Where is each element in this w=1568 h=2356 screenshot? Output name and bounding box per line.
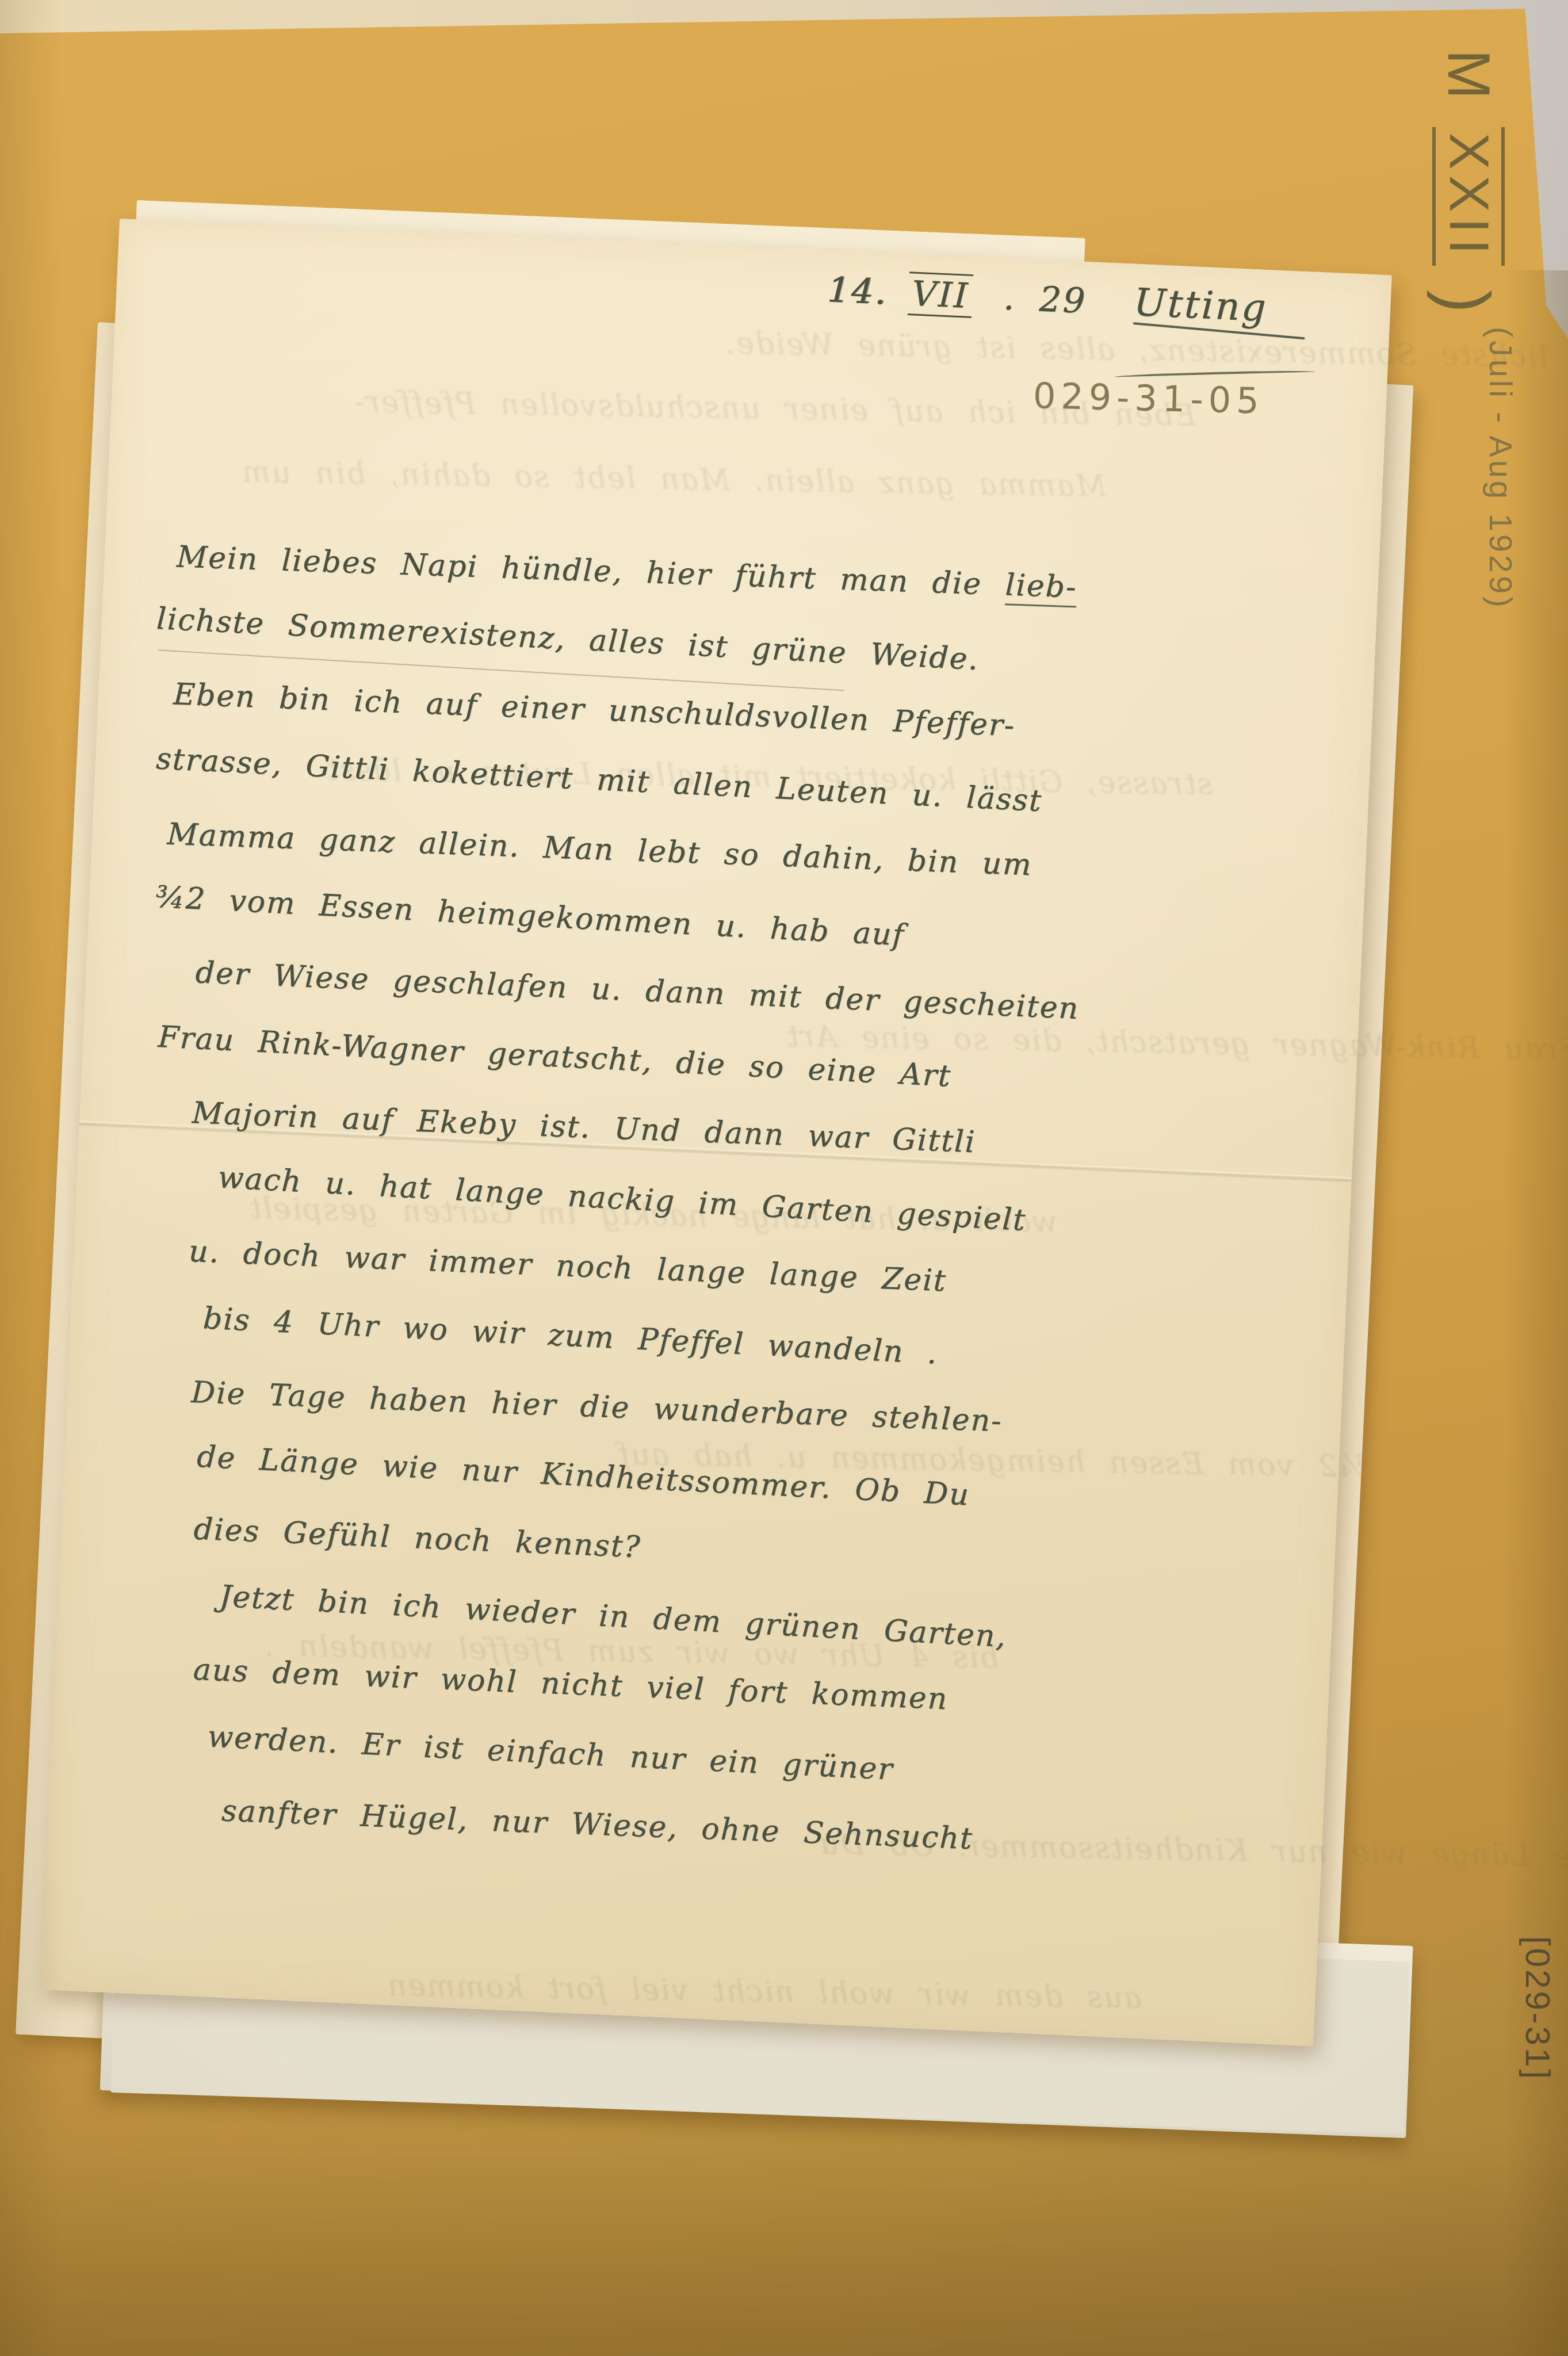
archive-series-number: XXII	[1432, 127, 1505, 266]
letter-line: Majorin auf Ekeby ist. Und dann war Gitt…	[192, 1096, 977, 1160]
letter-header: 14. VII . 29 Utting	[827, 266, 1268, 330]
date-year: 29	[1038, 279, 1087, 322]
letter-line: strasse, Gittli kokettiert mit allen Leu…	[155, 741, 1043, 819]
archive-mark-flourish: )	[1425, 290, 1505, 316]
date-range-note: (Juli - Aug 1929)	[1482, 327, 1520, 610]
letter-line: der Wiese geschlafen u. dann mit der ges…	[195, 955, 1080, 1026]
letter-page: 14. VII . 29 Utting 029-31-05 Eben bin i…	[41, 219, 1392, 2046]
date-month: VII	[907, 271, 973, 318]
photo-canvas: 14. VII . 29 Utting 029-31-05 Eben bin i…	[0, 0, 1568, 2356]
desk-surface	[0, 0, 1568, 41]
bleed-through-line: Mamma ganz allein. Man lebt so dahin, bi…	[240, 455, 1107, 504]
letter-line: u. doch war immer noch lange lange Zeit	[188, 1234, 947, 1299]
bleed-through-line: lichste Sommerexistenz, alles ist grüne …	[724, 326, 1548, 374]
letter-line: Die Tage haben hier die wunderbare stehl…	[190, 1375, 1003, 1439]
date-dot: .	[1003, 278, 1017, 319]
place-underline-flourish	[1115, 370, 1315, 377]
place-name: Utting	[1133, 280, 1268, 330]
archive-series-letter: M	[1435, 49, 1503, 103]
letter-line: Eben bin ich auf einer unschuldsvollen P…	[173, 677, 1016, 743]
letter-line: Mein liebes Napi hündle, hier führt man …	[176, 540, 1078, 605]
letter-line: Mamma ganz allein. Man lebt so dahin, bi…	[166, 817, 1032, 882]
letter-line: lichste Sommerexistenz, alles ist grüne …	[156, 602, 980, 677]
letter-line: ¾2 vom Essen heimgekommen u. hab auf	[155, 879, 905, 953]
letter-line: sanfter Hügel, nur Wiese, ohne Sehnsucht	[221, 1793, 974, 1856]
date-day: 14.	[827, 270, 888, 313]
underlined-word: lieb-	[1004, 568, 1077, 607]
letter-line: bis 4 Uhr wo wir zum Pfeffel wandeln .	[202, 1301, 939, 1371]
reference-note: [029-31]	[1518, 1936, 1558, 2081]
bleed-through-line: aus dem wir wohl nicht viel fort kommen	[387, 1968, 1142, 2015]
archive-mark: M XXII )	[1429, 49, 1508, 316]
letter-line: werden. Er ist einfach nur ein grüner	[206, 1719, 894, 1787]
letter-line: dies Gefühl noch kennst?	[193, 1512, 642, 1565]
